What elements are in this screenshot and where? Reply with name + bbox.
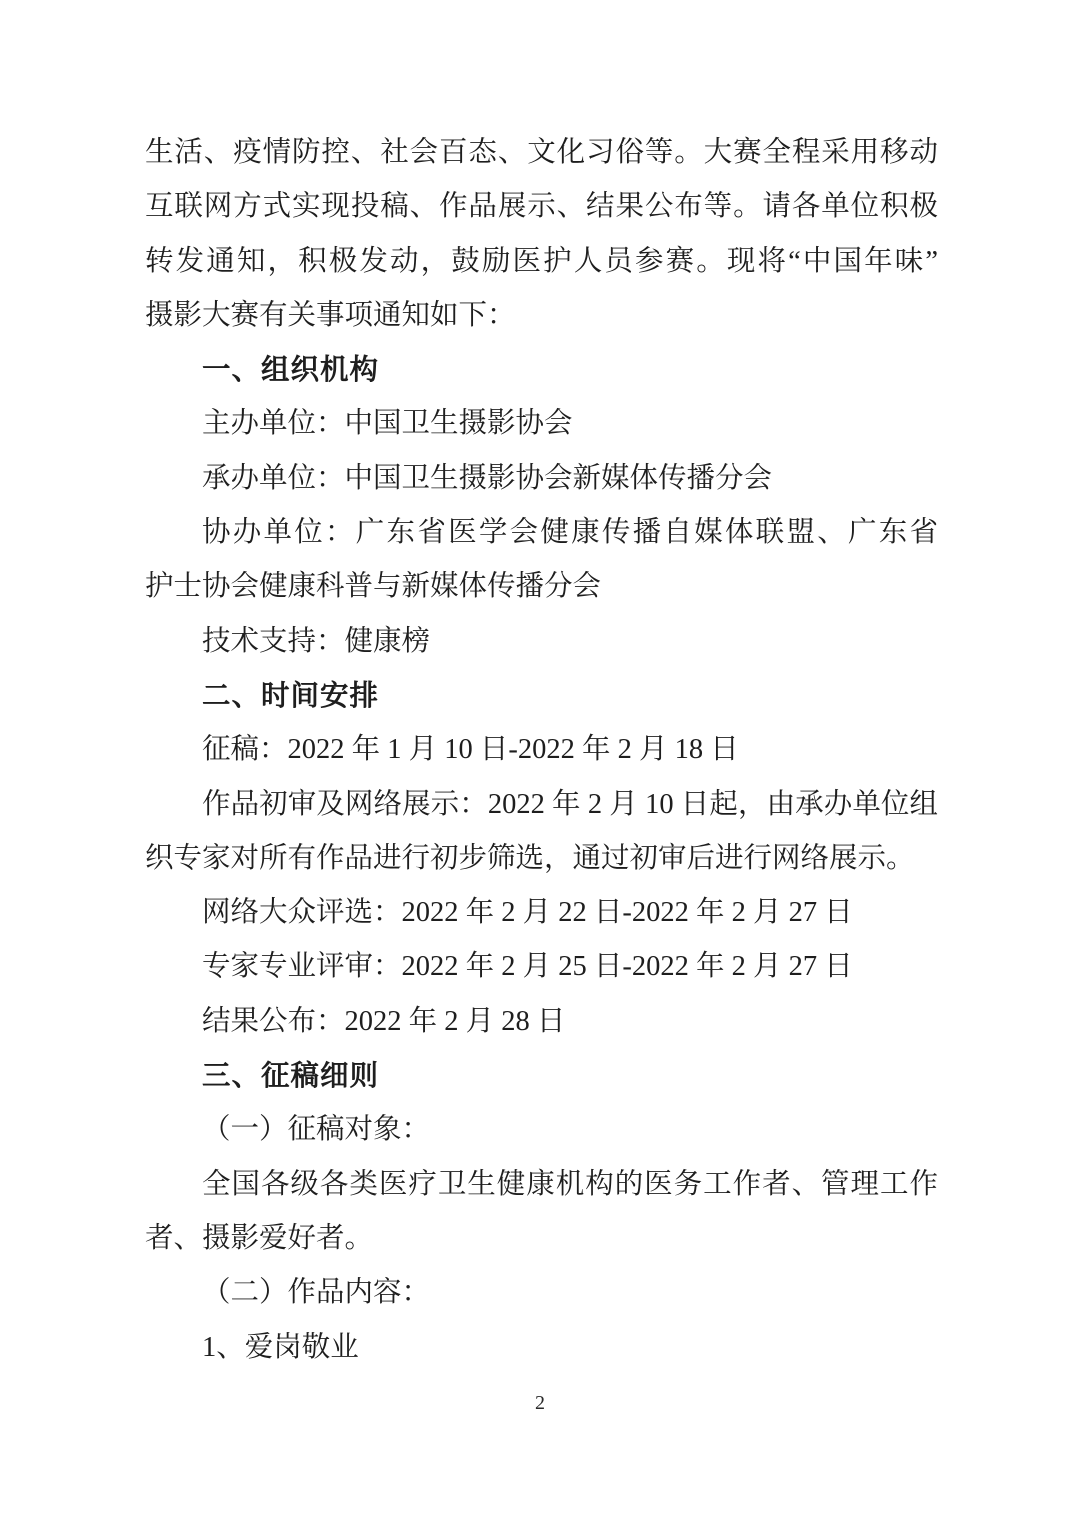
text-line: 征稿：2022 年 1 月 10 日-2022 年 2 月 18 日 bbox=[145, 723, 938, 777]
section-heading-line: 二、时间安排 bbox=[145, 669, 938, 723]
paragraph-target-detail: 全国各级各类医疗卫生健康机构的医务工作者、管理工作 者、摄影爱好者。 bbox=[145, 1158, 938, 1267]
paragraph-target-heading: （一）征稿对象： bbox=[145, 1103, 938, 1157]
section-heading-line: 三、征稿细则 bbox=[145, 1049, 938, 1103]
paragraph-tech-support: 技术支持：健康榜 bbox=[145, 615, 938, 669]
text-line: 生活、疫情防控、社会百态、文化习俗等。大赛全程采用移动 bbox=[145, 126, 938, 180]
text-line: 承办单位：中国卫生摄影协会新媒体传播分会 bbox=[145, 452, 938, 506]
text-line: 全国各级各类医疗卫生健康机构的医务工作者、管理工作 bbox=[145, 1158, 938, 1212]
text-line: 护士协会健康科普与新媒体传播分会 bbox=[145, 560, 938, 614]
text-line: 结果公布：2022 年 2 月 28 日 bbox=[145, 995, 938, 1049]
paragraph-preliminary-review: 作品初审及网络展示：2022 年 2 月 10 日起，由承办单位组 织专家对所有… bbox=[145, 778, 938, 887]
text-line: 作品初审及网络展示：2022 年 2 月 10 日起，由承办单位组 bbox=[145, 778, 938, 832]
document-body: 生活、疫情防控、社会百态、文化习俗等。大赛全程采用移动 互联网方式实现投稿、作品… bbox=[145, 126, 938, 1375]
section-3-heading: 三、征稿细则 bbox=[145, 1049, 938, 1103]
paragraph-host-unit: 主办单位：中国卫生摄影协会 bbox=[145, 397, 938, 451]
text-line: 摄影大赛有关事项通知如下： bbox=[145, 289, 938, 343]
text-line: 织专家对所有作品进行初步筛选，通过初审后进行网络展示。 bbox=[145, 832, 938, 886]
paragraph-content-heading: （二）作品内容： bbox=[145, 1266, 938, 1320]
paragraph-co-organizer-unit: 协办单位：广东省医学会健康传播自媒体联盟、广东省 护士协会健康科普与新媒体传播分… bbox=[145, 506, 938, 615]
page-number: 2 bbox=[0, 1392, 1080, 1414]
text-line: 转发通知，积极发动，鼓励医护人员参赛。现将“中国年味” bbox=[145, 235, 938, 289]
text-line: 1、爱岗敬业 bbox=[145, 1321, 938, 1375]
paragraph-public-vote: 网络大众评选：2022 年 2 月 22 日-2022 年 2 月 27 日 bbox=[145, 886, 938, 940]
document-page: 生活、疫情防控、社会百态、文化习俗等。大赛全程采用移动 互联网方式实现投稿、作品… bbox=[0, 0, 1080, 1527]
paragraph-solicitation-period: 征稿：2022 年 1 月 10 日-2022 年 2 月 18 日 bbox=[145, 723, 938, 777]
paragraph-organizer-unit: 承办单位：中国卫生摄影协会新媒体传播分会 bbox=[145, 452, 938, 506]
text-line: 主办单位：中国卫生摄影协会 bbox=[145, 397, 938, 451]
text-line: 互联网方式实现投稿、作品展示、结果公布等。请各单位积极 bbox=[145, 180, 938, 234]
section-heading-line: 一、组织机构 bbox=[145, 343, 938, 397]
paragraph-expert-review: 专家专业评审：2022 年 2 月 25 日-2022 年 2 月 27 日 bbox=[145, 940, 938, 994]
paragraph-intro-continued: 生活、疫情防控、社会百态、文化习俗等。大赛全程采用移动 互联网方式实现投稿、作品… bbox=[145, 126, 938, 343]
text-line: （一）征稿对象： bbox=[145, 1103, 938, 1157]
section-2-heading: 二、时间安排 bbox=[145, 669, 938, 723]
paragraph-content-item-1: 1、爱岗敬业 bbox=[145, 1321, 938, 1375]
paragraph-result-announcement: 结果公布：2022 年 2 月 28 日 bbox=[145, 995, 938, 1049]
text-line: 技术支持：健康榜 bbox=[145, 615, 938, 669]
text-line: （二）作品内容： bbox=[145, 1266, 938, 1320]
text-line: 专家专业评审：2022 年 2 月 25 日-2022 年 2 月 27 日 bbox=[145, 940, 938, 994]
section-1-heading: 一、组织机构 bbox=[145, 343, 938, 397]
text-line: 网络大众评选：2022 年 2 月 22 日-2022 年 2 月 27 日 bbox=[145, 886, 938, 940]
text-line: 者、摄影爱好者。 bbox=[145, 1212, 938, 1266]
text-line: 协办单位：广东省医学会健康传播自媒体联盟、广东省 bbox=[145, 506, 938, 560]
